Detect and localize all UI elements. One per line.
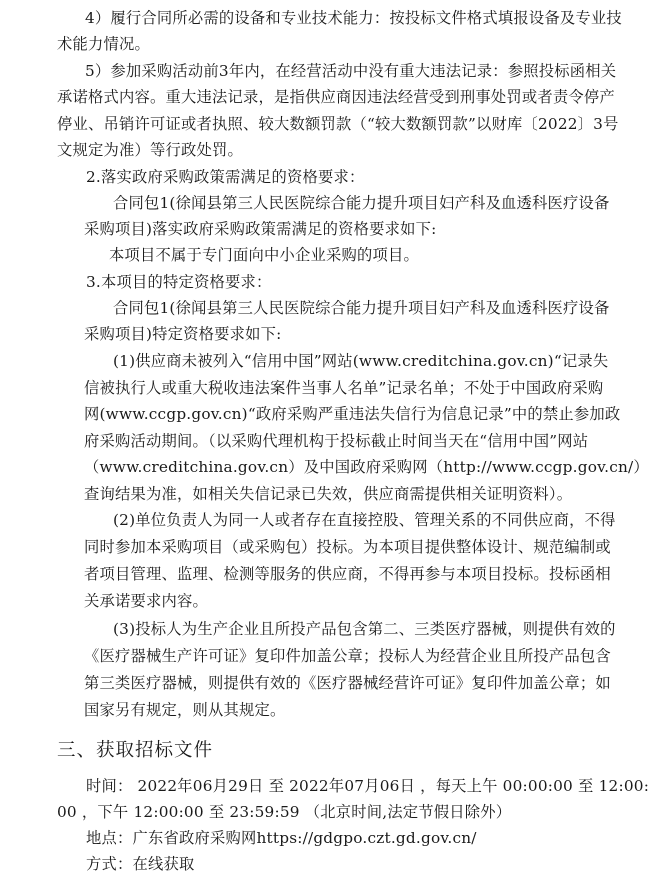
req1-line1: (1)供应商未被列入“信用中国”网站(www.creditchina.gov.c… [113,351,608,371]
policy-package-line2: 采购项目)落实政府采购政策需满足的资格要求如下: [84,219,436,239]
policy-package-line1: 合同包1(徐闻县第三人民医院综合能力提升项目妇产科及血透科医疗设备 [113,193,610,213]
item4-line2: 术能力情况。 [57,34,150,54]
location-line: 地点：广东省政府采购网https://gdgpo.czt.gd.gov.cn/ [86,828,477,848]
specific-package-line2: 采购项目)特定资格要求如下: [84,324,282,344]
section3-heading: 三、获取招标文件 [57,741,213,761]
req3-line2: 《医疗器械生产许可证》复印件加盖公章；投标人为经营企业且所投产品包含 [84,646,611,666]
req3-line3: 第三类医疗器械，则提供有效的《医疗器械经营许可证》复印件加盖公章；如 [84,673,611,693]
req1-line4: 府采购活动期间。（以采购代理机构于投标截止时间当天在“信用中国”网站 [84,431,588,451]
req2-line2: 同时参加本采购项目（或采购包）投标。为本项目提供整体设计、规范编制或 [84,537,611,557]
item5-line2: 承诺格式内容。重大违法记录，是指供应商因违法经营受到刑事处罚或者责令停产 [57,87,615,107]
policy-requirements-heading: 2.落实政府采购政策需满足的资格要求： [86,167,364,187]
req1-line3: 网(www.ccgp.gov.cn)“政府采购严重违法失信行为信息记录”中的禁止… [84,404,620,424]
req1-line6: 查询结果为准，如相关失信记录已失效，供应商需提供相关证明资料）。 [84,484,572,504]
req2-line1: (2)单位负责人为同一人或者存在直接控股、管理关系的不同供应商，不得 [113,510,616,530]
time-line2: 00 ，下午 12:00:00 至 23:59:59 （北京时间,法定节假日除外… [57,802,511,822]
item5-line1: 5）参加采购活动前3年内，在经营活动中没有重大违法记录：参照投标函相关 [85,61,616,81]
item5-line3: 停业、吊销许可证或者执照、较大数额罚款（“较大数额罚款”以财库〔2022〕3号 [57,114,619,134]
req1-line2: 信被执行人或重大税收违法案件当事人名单”记录名单；不处于中国政府采购 [84,378,603,398]
specific-package-line1: 合同包1(徐闻县第三人民医院综合能力提升项目妇产科及血透科医疗设备 [113,298,610,318]
specific-requirements-heading: 3.本项目的特定资格要求： [86,272,271,292]
policy-statement: 本项目不属于专门面向中小企业采购的项目。 [109,245,419,265]
time-line1: 时间： 2022年06月29日 至 2022年07月06日 ，每天上午 00:0… [86,776,649,796]
req3-line1: (3)投标人为生产企业且所投产品包含第二、三类医疗器械，则提供有效的 [113,619,616,639]
req2-line4: 关承诺要求内容。 [84,591,208,611]
item4-line1: 4）履行合同所必需的设备和专业技术能力：按投标文件格式填报设备及专业技 [85,8,622,28]
req2-line3: 者项目管理、监理、检测等服务的供应商，不得再参与本项目投标。投标函相 [84,564,611,584]
method-line: 方式：在线获取 [86,854,194,874]
req1-line5: （www.creditchina.gov.cn）及中国政府采购网（http://… [84,457,649,477]
req3-line4: 国家另有规定，则从其规定。 [84,700,285,720]
item5-line4: 文规定为准）等行政处罚。 [57,140,243,160]
